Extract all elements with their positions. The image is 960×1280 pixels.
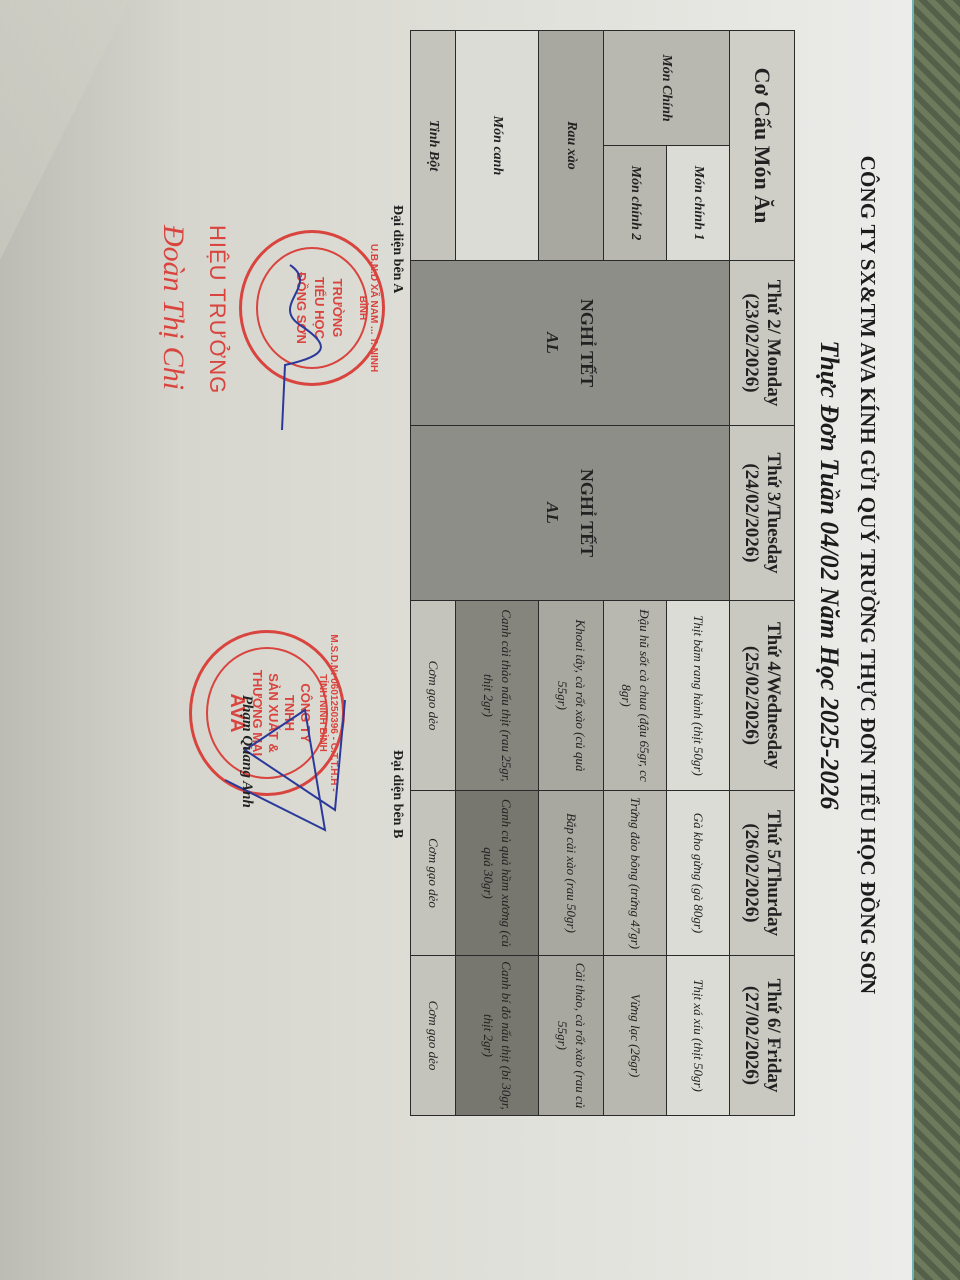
day-name: Thứ 3/Tuesday bbox=[762, 430, 784, 596]
menu-cell: Canh cải thảo nấu thịt (rau 25gr, thịt 2… bbox=[456, 601, 539, 791]
menu-document: CÔNG TY SX&TM AVA KÍNH GỬI QUÝ TRƯỜNG TH… bbox=[0, 30, 880, 1120]
row-label: Món canh bbox=[456, 31, 539, 261]
holiday-cell: NGHỈ TẾT AL bbox=[411, 261, 730, 426]
menu-cell: Bắp cải xào (rau 50gr) bbox=[539, 791, 604, 956]
row-label: Tinh Bột bbox=[411, 31, 456, 261]
menu-cell: Thịt băm rang hành (thịt 50gr) bbox=[667, 601, 730, 791]
day-name: Thứ 6/ Friday bbox=[762, 960, 784, 1111]
row-label: Món chính 1 bbox=[667, 146, 730, 261]
day-date: (26/02/2026) bbox=[740, 795, 762, 951]
menu-cell: Vừng lạc (26gr) bbox=[604, 956, 667, 1116]
holiday-cell: NGHỈ TẾT AL bbox=[411, 426, 730, 601]
table-row: Món Chính Món chính 1 NGHỈ TẾT AL NGHỈ T… bbox=[667, 31, 730, 1116]
menu-cell: Đậu hũ sốt cà chua (đậu 65gr, cc 8gr) bbox=[604, 601, 667, 791]
principal-name: Đoàn Thị Chi bbox=[156, 225, 190, 390]
menu-cell: Cơm gạo dẻo bbox=[411, 601, 456, 791]
day-date: (27/02/2026) bbox=[740, 960, 762, 1111]
holiday-sub: AL bbox=[543, 332, 562, 354]
corner-header: Cơ Cấu Món Ăn bbox=[730, 31, 795, 261]
group-label-main-dish: Món Chính bbox=[604, 31, 730, 146]
party-a-label: Đại diện bên A bbox=[389, 205, 405, 293]
party-b-label: Đại diện bên B bbox=[389, 750, 405, 838]
menu-cell: Cơm gạo dẻo bbox=[411, 791, 456, 956]
stamp-ring-text: U.B.N.D XÃ NAM ... T. NINH BÌNH bbox=[357, 233, 379, 383]
menu-cell: Cơm gạo dẻo bbox=[411, 956, 456, 1116]
signature-a bbox=[240, 255, 360, 435]
document-subtitle: Thực Đơn Tuần 04/02 Năm Học 2025-2026 bbox=[814, 30, 844, 1120]
row-label: Rau xào bbox=[539, 31, 604, 261]
day-header: Thứ 4/Wednesday(25/02/2026) bbox=[730, 601, 795, 791]
menu-cell: Trứng đảo bông (trứng 47gr) bbox=[604, 791, 667, 956]
day-name: Thứ 2/ Monday bbox=[762, 265, 784, 421]
menu-cell: Canh củ quả hầm xương (củ quả 30gr) bbox=[456, 791, 539, 956]
menu-cell: Thịt xá xíu (thịt 50gr) bbox=[667, 956, 730, 1116]
menu-cell: Gà kho gừng (gà 80gr) bbox=[667, 791, 730, 956]
row-label: Món chính 2 bbox=[604, 146, 667, 261]
menu-cell: Canh bí đỏ nấu thịt (bí 30gr, thịt 2gr) bbox=[456, 956, 539, 1116]
day-name: Thứ 4/Wednesday bbox=[762, 605, 784, 786]
document-title: CÔNG TY SX&TM AVA KÍNH GỬI QUÝ TRƯỜNG TH… bbox=[855, 30, 880, 1120]
day-date: (25/02/2026) bbox=[740, 605, 762, 786]
day-name: Thứ 5/Thurday bbox=[762, 795, 784, 951]
day-date: (24/02/2026) bbox=[740, 430, 762, 596]
menu-cell: Khoai tây, cà rốt xào (củ quả 55gr) bbox=[539, 601, 604, 791]
holiday-text: NGHỈ TẾT bbox=[570, 430, 604, 596]
day-header: Thứ 5/Thurday(26/02/2026) bbox=[730, 791, 795, 956]
holiday-sub: AL bbox=[543, 502, 562, 524]
day-header: Thứ 6/ Friday(27/02/2026) bbox=[730, 956, 795, 1116]
menu-cell: Cải thảo, cà rốt xào (rau củ 55gr) bbox=[539, 956, 604, 1116]
holiday-text: NGHỈ TẾT bbox=[570, 265, 604, 421]
principal-title: HIỆU TRƯỞNG bbox=[204, 225, 230, 394]
table-header-row: Cơ Cấu Món Ăn Thứ 2/ Monday(23/02/2026) … bbox=[730, 31, 795, 1116]
party-b-name: Phạm Quang Anh bbox=[238, 695, 255, 808]
day-header: Thứ 3/Tuesday(24/02/2026) bbox=[730, 426, 795, 601]
menu-table: Cơ Cấu Món Ăn Thứ 2/ Monday(23/02/2026) … bbox=[410, 30, 795, 1116]
day-header: Thứ 2/ Monday(23/02/2026) bbox=[730, 261, 795, 426]
day-date: (23/02/2026) bbox=[740, 265, 762, 421]
